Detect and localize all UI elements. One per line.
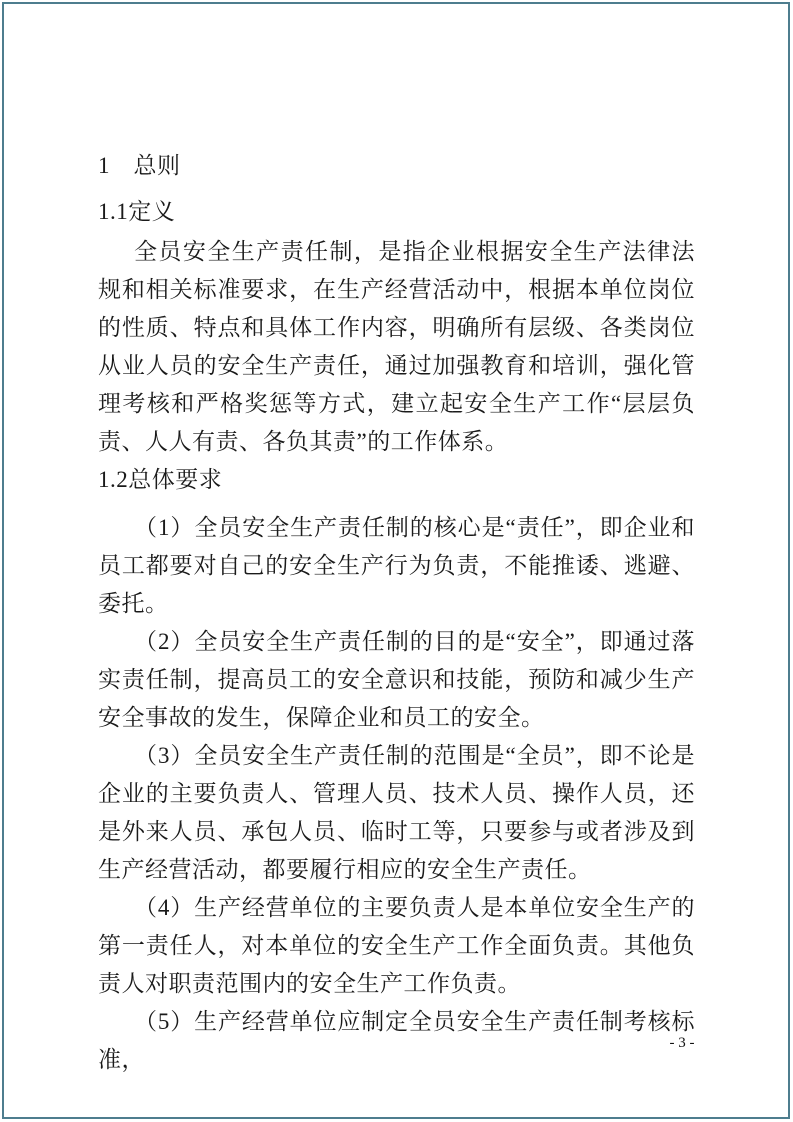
requirement-item-2: （2）全员安全生产责任制的目的是“安全”，即通过落实责任制，提高员工的安全意识和… [98,623,695,737]
document-page: 1 总则 1.1定义 全员安全生产责任制，是指企业根据安全生产法律法规和相关标准… [0,0,793,1122]
requirement-item-3: （3）全员安全生产责任制的范围是“全员”，即不论是企业的主要负责人、管理人员、技… [98,737,695,889]
requirement-item-5: （5）生产经营单位应制定全员安全生产责任制考核标准， [98,1003,695,1079]
section-heading-definition: 1.1定义 [98,193,695,231]
page-number: - 3 - [652,1033,712,1053]
definition-paragraph: 全员安全生产责任制，是指企业根据安全生产法律法规和相关标准要求，在生产经营活动中… [98,233,695,461]
document-content: 1 总则 1.1定义 全员安全生产责任制，是指企业根据安全生产法律法规和相关标准… [98,147,695,1079]
section-heading-requirements: 1.2总体要求 [98,461,695,499]
requirement-item-1: （1）全员安全生产责任制的核心是“责任”，即企业和员工都要对自己的安全生产行为负… [98,509,695,623]
requirement-item-4: （4）生产经营单位的主要负责人是本单位安全生产的第一责任人，对本单位的安全生产工… [98,889,695,1003]
chapter-heading: 1 总则 [98,147,695,185]
